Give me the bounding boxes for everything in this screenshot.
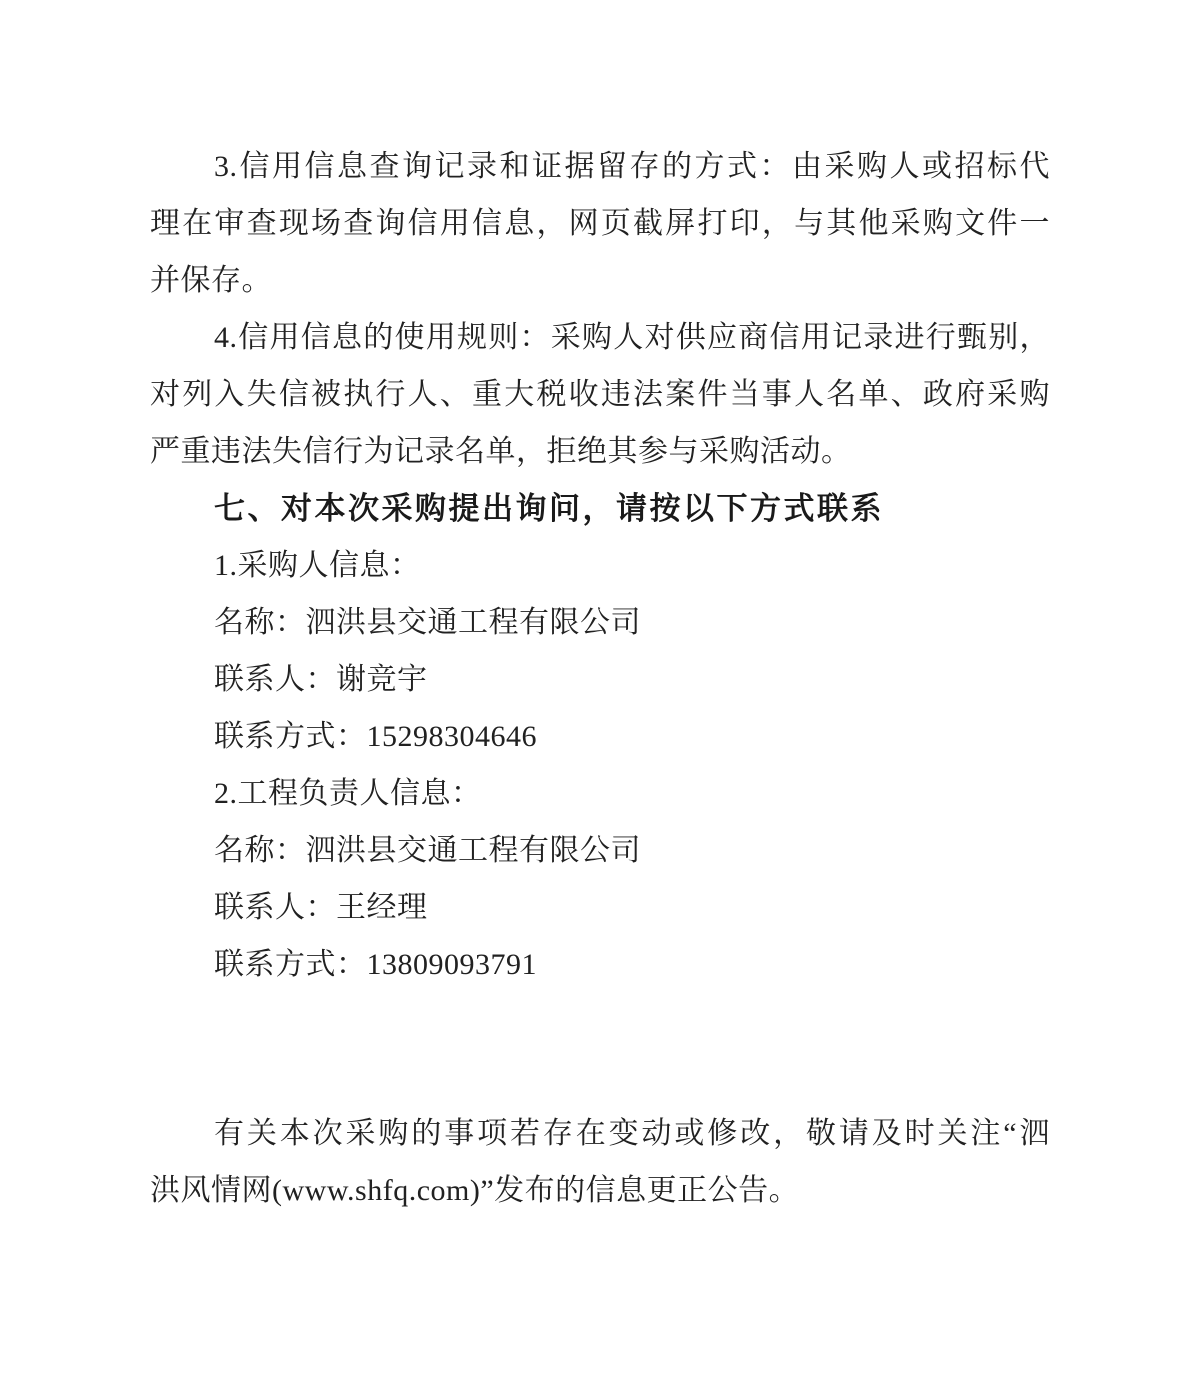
para-credit-record-line3: 并保存。 xyxy=(150,252,1050,309)
project-manager-contact-person: 联系人：王经理 xyxy=(150,879,1050,936)
para-credit-rules-line1: 4.信用信息的使用规则：采购人对供应商信用记录进行甄别， xyxy=(150,309,1050,366)
purchaser-name: 名称：泗洪县交通工程有限公司 xyxy=(150,594,1050,651)
project-manager-contact-phone: 联系方式：13809093791 xyxy=(150,936,1050,993)
para-notice-line1: 有关本次采购的事项若存在变动或修改，敬请及时关注“泗 xyxy=(150,1105,1050,1162)
para-credit-record-line2: 理在审查现场查询信用信息，网页截屏打印，与其他采购文件一 xyxy=(150,195,1050,252)
project-manager-name: 名称：泗洪县交通工程有限公司 xyxy=(150,822,1050,879)
para-credit-rules-line3: 严重违法失信行为记录名单，拒绝其参与采购活动。 xyxy=(150,423,1050,480)
para-credit-rules-line2: 对列入失信被执行人、重大税收违法案件当事人名单、政府采购 xyxy=(150,366,1050,423)
para-credit-record-line1: 3.信用信息查询记录和证据留存的方式：由采购人或招标代 xyxy=(150,138,1050,195)
purchaser-contact-person: 联系人：谢竞宇 xyxy=(150,651,1050,708)
para-notice-line2: 洪风情网(www.shfq.com)”发布的信息更正公告。 xyxy=(150,1162,1050,1219)
purchaser-info-label: 1.采购人信息： xyxy=(150,537,1050,594)
project-manager-info-label: 2.工程负责人信息： xyxy=(150,765,1050,822)
section-heading-contact: 七、对本次采购提出询问，请按以下方式联系 xyxy=(150,480,1050,537)
document-page: 3.信用信息查询记录和证据留存的方式：由采购人或招标代 理在审查现场查询信用信息… xyxy=(0,0,1200,1394)
purchaser-contact-phone: 联系方式：15298304646 xyxy=(150,708,1050,765)
